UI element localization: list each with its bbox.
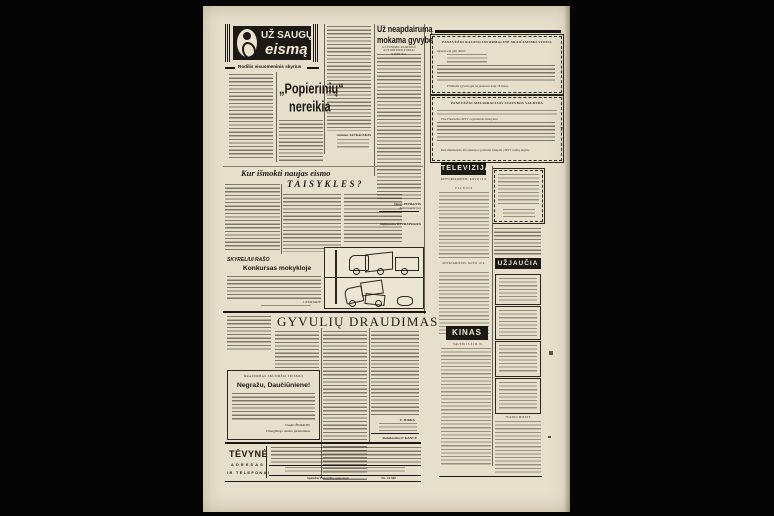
masthead-tevyne: TĖVYNĖ [229,449,268,459]
gyvuliu-col1 [275,331,319,371]
printer-city: Spaudos Panevėžio spaustuvė [307,476,377,480]
sidebar-top-rule [435,30,561,33]
condolence-item-2 [495,306,541,340]
popieriniu-body [279,120,323,162]
popieriniu-continued [327,26,371,131]
margin-mark [549,351,553,355]
negrazu-byline-note: Draugiškojo teismo pirmininkas [232,429,310,433]
negrazu-box: DRAUDIMAS SKUNDŽIA TEISMUI Negražu, Dauč… [227,370,320,440]
melioracijos-title: PANEVĖŽIO MELIORACIJOS STATYBOS VALDYBA [437,101,557,105]
melioracijos-lead: Prie Panevėžio MSV organizuoti mokymai [441,117,559,121]
margin-mark [548,436,551,438]
info-station-footer: Priimami gyventojai ne jaunesni kaip 18 … [447,84,557,88]
info-station-lead: Operatorių gali dirbti: [437,49,557,53]
neapdairuma-body [377,54,421,200]
address-text [271,447,421,463]
negrazu-kicker: DRAUDIMAS SKUNDŽIA TEISMUI [228,374,319,378]
notice-box [494,170,543,222]
traffic-section-logo: UŽ SAUGŲ eismą [225,24,319,62]
order-number: Tir. 15.500 [381,476,411,480]
konkursas-body [227,276,321,300]
traffic-cartoon [324,247,424,309]
info-station-ad: PANEVĖŽIO RAJONO INFORMACINĖ SKAIČIAVIMO… [432,36,562,93]
headline-taisykles-2: TAISYKLES? [287,179,364,189]
headline-gyvuliu: GYVULIŲ DRAUDIMAS [277,314,439,330]
gyvuliu-byline: V. JURKA [371,418,415,422]
televizija-header: TELEVIZIJA [441,162,486,175]
negrazu-body [232,393,315,421]
section-subtitle: Rodilis visuomeninis skyrius [238,64,301,69]
condolence-item-4 [495,378,541,414]
gyvuliu-col3 [371,331,419,415]
logo-text-line1: UŽ SAUGŲ [261,30,313,41]
tv-program-1 [439,192,489,260]
teatro-listings [495,421,541,473]
kinas-subheader: SAUSIO 15-31 D. D. [443,343,493,346]
popieriniu-byline-note [337,139,369,149]
tv-channel: VILNIUS [439,187,489,190]
uzjaucia-header: UŽJAUČIA [495,258,541,269]
gyvuliu-intro [227,316,271,352]
melioracijos-footer: Dėl smulkesnės informacijos prašome krei… [441,148,557,152]
taisykles-byline: Algimantas KETREPOSIUS [363,222,421,226]
road-figure-icon [237,29,257,57]
tv-day1: KETVIRTADIENIS, KOVO 15 d. [439,178,489,181]
tv-program-2 [439,272,489,334]
taisykles-col3 [344,194,402,242]
headline-negrazu: Negražu, Daučiūniene! [228,382,319,389]
headline-konkursas: Konkursas mokykloje [243,265,311,272]
taisykles-col1 [225,184,280,250]
taisykles-col2 [283,194,341,252]
notice-text [494,228,541,256]
kinas-listings [441,348,491,465]
kinas-header: KINAS [446,326,488,340]
condolence-item-1 [495,274,541,305]
newspaper-page: 7 UŽ SAUGŲ eismą Rodilis visuomeninis sk… [203,6,570,512]
intro-text-block [229,74,273,160]
editor-credit: Redaktorius P. KANCE [371,436,417,440]
teatro-header: TEATRO MIESTE [495,416,541,419]
condolence-item-3 [495,341,541,377]
logo-text-line2: eismą [265,41,308,58]
info-station-title: PANEVĖŽIO RAJONO INFORMACINĖ SKAIČIAVIMO… [437,40,557,44]
popieriniu-byline: Antanas JANKAUSKAS [327,133,371,137]
tv-day2: PENKTADIENIS, KOVO 16 d. [439,262,489,265]
konkursas-kicker: SKYRELIUI RAŠO [227,257,270,263]
melioracijos-ad: PANEVĖŽIO MELIORACIJOS STATYBOS VALDYBA … [432,97,562,161]
address-label: ADRESAS [231,463,265,467]
konkursas-byline: J. KURTAITĖ [227,300,321,304]
phones-label: IR TELEFONAI [227,471,270,475]
negrazu-byline: Vladas ŽEMAITIS [232,423,310,427]
headline-taisykles-1: Kur išmokti naujas eismo [241,168,331,178]
printer-text [285,467,405,474]
